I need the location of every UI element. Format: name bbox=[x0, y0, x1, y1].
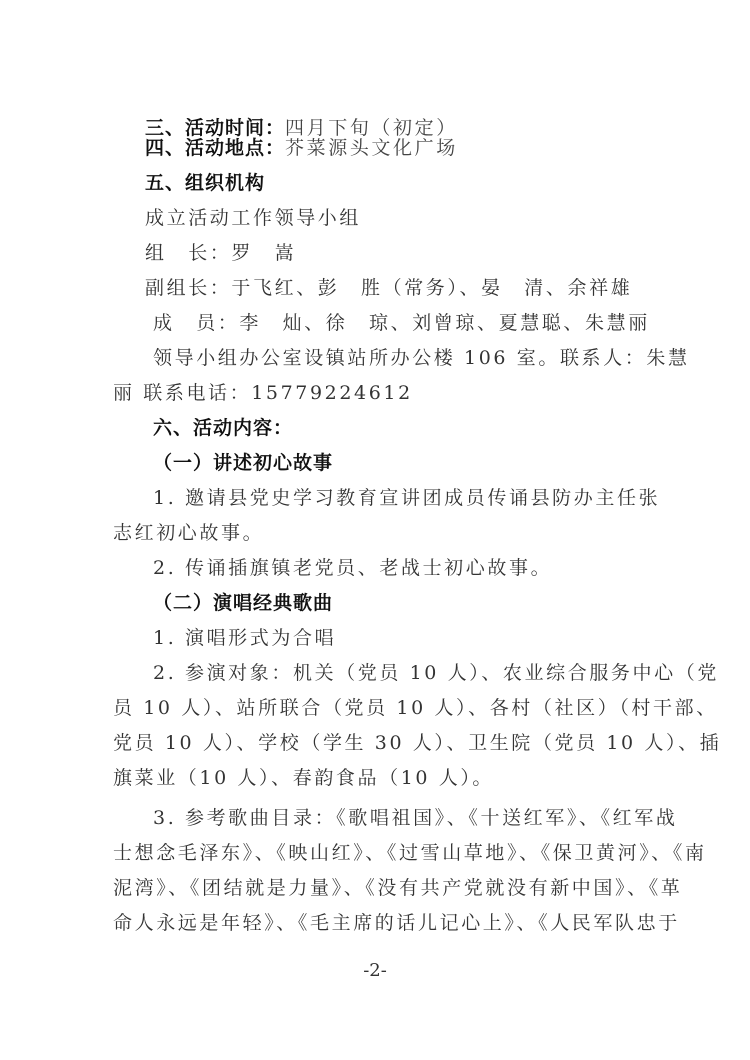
part2-item3-line-3: 泥湾》、《团结就是力量》、《没有共产党就没有新中国》、《革 bbox=[113, 876, 637, 900]
part2-item3-line-2: 士想念毛泽东》、《映山红》、《过雪山草地》、《保卫黄河》、《南 bbox=[113, 841, 637, 865]
part2-item3-line-1: 3. 参考歌曲目录：《歌唱祖国》、《十送红军》、《红军战 bbox=[153, 806, 677, 830]
part2-item3-line-4: 命人永远是年轻》、《毛主席的话儿记心上》、《人民军队忠于 bbox=[113, 911, 637, 935]
part2-item2-line-1: 2. 参演对象：机关（党员 10 人）、农业综合服务中心（党 bbox=[153, 661, 677, 685]
activity-place-value: 芥菜源头文化广场 bbox=[285, 137, 458, 159]
org-deputy: 副组长：于飞红、彭 胜（常务）、晏 清、余祥雄 bbox=[145, 276, 669, 300]
part2-item2-line-2: 员 10 人）、站所联合（党员 10 人）、各村（社区）（村干部、 bbox=[113, 696, 637, 720]
part2-item1: 1. 演唱形式为合唱 bbox=[153, 626, 677, 650]
content-heading: 六、活动内容： bbox=[153, 416, 677, 440]
part1-item1-line-2: 志红初心故事。 bbox=[113, 521, 637, 545]
org-office-line-2: 丽 联系电话：15779224612 bbox=[113, 381, 637, 405]
document-page: 三、活动时间：四月下旬（初定） 四、活动地点：芥菜源头文化广场 五、组织机构 成… bbox=[0, 0, 750, 1060]
page-number: -2- bbox=[0, 960, 750, 981]
org-intro: 成立活动工作领导小组 bbox=[145, 206, 669, 230]
org-office-line-1: 领导小组办公室设镇站所办公楼 106 室。联系人：朱慧 bbox=[153, 346, 677, 370]
activity-place-label: 四、活动地点： bbox=[145, 137, 285, 159]
org-leader: 组 长：罗 嵩 bbox=[145, 241, 669, 265]
activity-place-line: 四、活动地点：芥菜源头文化广场 bbox=[145, 136, 669, 160]
part2-heading: （二）演唱经典歌曲 bbox=[153, 591, 677, 615]
part1-item2: 2. 传诵插旗镇老党员、老战士初心故事。 bbox=[153, 556, 677, 580]
part2-item2-line-4: 旗菜业（10 人）、春韵食品（10 人）。 bbox=[113, 766, 637, 790]
org-members: 成 员：李 灿、徐 琼、刘曾琼、夏慧聪、朱慧丽 bbox=[153, 311, 677, 335]
part2-item2-line-3: 党员 10 人）、学校（学生 30 人）、卫生院（党员 10 人）、插 bbox=[113, 731, 637, 755]
part1-heading: （一）讲述初心故事 bbox=[153, 451, 677, 475]
part1-item1-line-1: 1. 邀请县党史学习教育宣讲团成员传诵县防办主任张 bbox=[153, 486, 677, 510]
org-heading: 五、组织机构 bbox=[145, 171, 669, 195]
